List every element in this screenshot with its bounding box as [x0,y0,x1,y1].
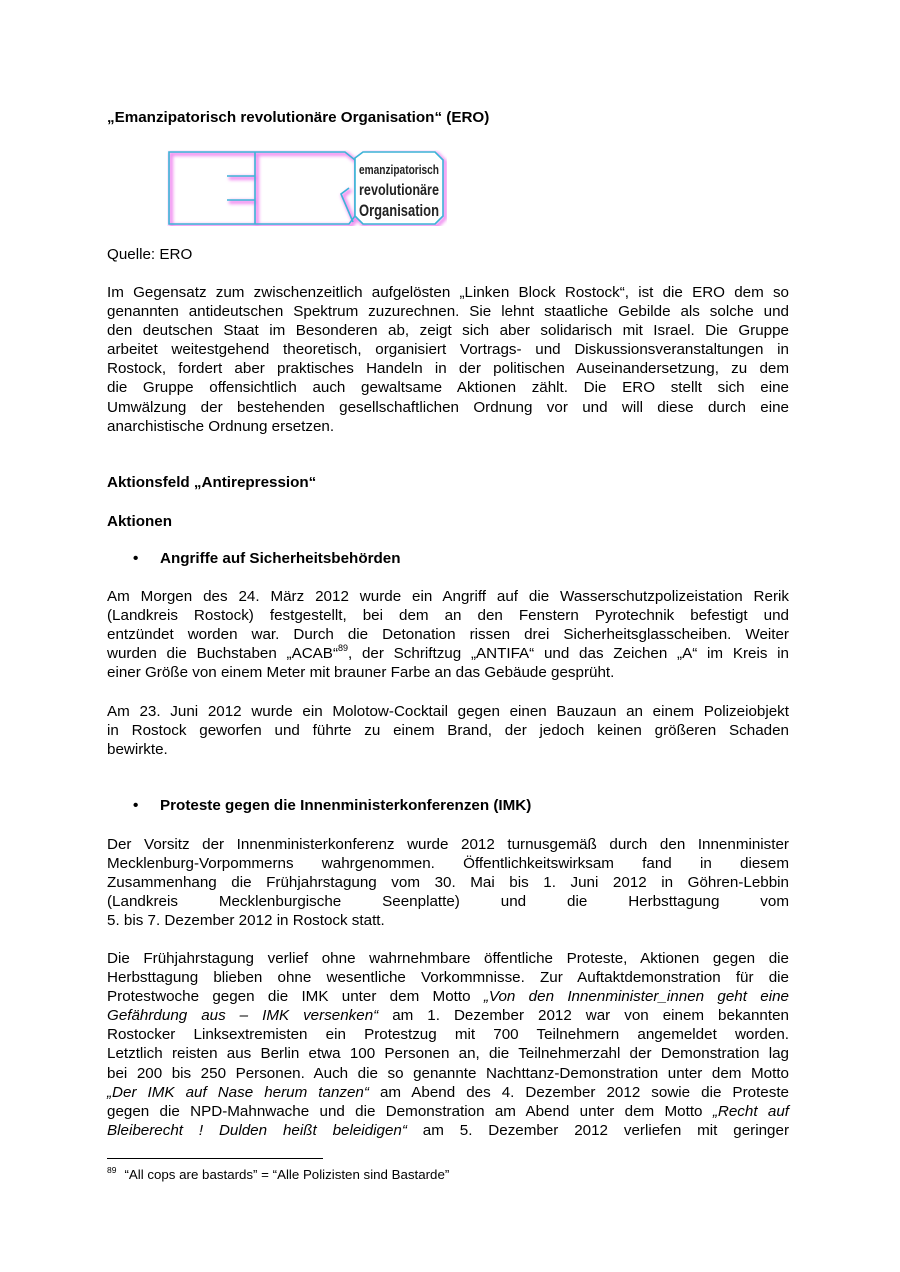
footnote-number: 89 [107,1165,116,1175]
svg-text:revolutionäre: revolutionäre [359,182,439,199]
bullet-heading-attacks: •Angriffe auf Sicherheitsbehörden [133,549,401,568]
footnote-89: 89“All cops are bastards” = “Alle Polizi… [107,1166,449,1183]
text-line: entzündet worden war. Durch die Detonati… [107,625,789,644]
section-heading-antirepression: Aktionsfeld „Antirepression“ [107,473,316,492]
ero-logo-graphic: emanzipatorisch revolutionäre Organisati… [167,150,447,226]
svg-text:emanzipatorisch: emanzipatorisch [359,162,439,177]
text-line: Mecklenburg-Vorpommerns wahrgenommen. Öf… [107,854,789,873]
footnote-separator [107,1158,323,1159]
image-source-caption: Quelle: ERO [107,245,192,264]
ero-logo: emanzipatorisch revolutionäre Organisati… [167,150,447,226]
text-line: 5. bis 7. Dezember 2012 in Rostock statt… [107,911,789,930]
text-span: am Abend des 4. Dezember 2012 sowie die … [369,1084,789,1101]
text-span: , der Schriftzug „ANTIFA“ und das Zeiche… [348,645,789,662]
bullet-heading-imk: •Proteste gegen die Innenministerkonfere… [133,796,531,815]
text-line: Letztlich reisten aus Berlin etwa 100 Pe… [107,1044,789,1063]
motto-text: „Von den Innenminister_innen geht eine [484,988,789,1005]
text-line: „Der IMK auf Nase herum tanzen“ am Abend… [107,1083,789,1102]
text-line: Am 23. Juni 2012 wurde ein Molotow-Cockt… [107,702,789,721]
motto-text: „Recht auf [713,1103,789,1120]
bullet-icon: • [133,796,160,815]
paragraph-rerik: Am Morgen des 24. März 2012 wurde ein An… [107,587,789,682]
paragraph-molotow: Am 23. Juni 2012 wurde ein Molotow-Cockt… [107,702,789,759]
text-line: in Rostock geworfen und führte zu einem … [107,721,789,740]
text-line: (Landkreis Mecklenburgische Seenplatte) … [107,892,789,911]
text-line: Der Vorsitz der Innenministerkonferenz w… [107,835,789,854]
text-line: (Landkreis Rostock) festgestellt, bei de… [107,606,789,625]
text-line: arbeitet weitestgehend theoretisch, orga… [107,340,789,359]
text-span: am 1. Dezember 2012 war von einem bekann… [378,1007,789,1024]
bullet-label: Proteste gegen die Innenministerkonferen… [160,797,531,814]
motto-text: Bleiberecht ! Dulden heißt beleidigen“ [107,1122,407,1139]
text-line: Die Frühjahrstagung verlief ohne wahrneh… [107,949,789,968]
motto-text: „Der IMK auf Nase herum tanzen“ [107,1084,369,1101]
text-line: wurden die Buchstaben „ACAB“89, der Schr… [107,644,789,663]
paragraph-imk: Der Vorsitz der Innenministerkonferenz w… [107,835,789,930]
text-line: genannten antideutschen Spektrum zuzurec… [107,302,789,321]
bullet-label: Angriffe auf Sicherheitsbehörden [160,550,401,567]
text-line: Im Gegensatz zum zwischenzeitlich aufgel… [107,283,789,302]
text-line: einer Größe von einem Meter mit brauner … [107,663,789,682]
text-line: bei 200 bis 250 Personen. Auch die so ge… [107,1064,789,1083]
intro-paragraph: Im Gegensatz zum zwischenzeitlich aufgel… [107,283,789,436]
bullet-icon: • [133,549,160,568]
text-line: Rostock, fordert aber praktisches Handel… [107,359,789,378]
text-line: Protestwoche gegen die IMK unter dem Mot… [107,987,789,1006]
text-line: Rostocker Linksextremisten ein Protestzu… [107,1025,789,1044]
text-span: wurden die Buchstaben „ACAB“ [107,645,338,662]
text-line: Zusammenhang die Frühjahrstagung vom 30.… [107,873,789,892]
footnote-text: “All cops are bastards” = “Alle Polizist… [124,1167,449,1182]
text-span: am 5. Dezember 2012 verliefen mit gering… [407,1122,789,1139]
paragraph-protests: Die Frühjahrstagung verlief ohne wahrneh… [107,949,789,1140]
subheading-actions: Aktionen [107,512,172,531]
text-line: Am Morgen des 24. März 2012 wurde ein An… [107,587,789,606]
text-line: Umwälzung der bestehenden gesellschaftli… [107,398,789,417]
text-line: Herbsttagung blieben ohne wesentliche Vo… [107,968,789,987]
text-span: Protestwoche gegen die IMK unter dem Mot… [107,988,484,1005]
text-span: gegen die NPD-Mahnwache und die Demonstr… [107,1103,713,1120]
text-line: anarchistische Ordnung ersetzen. [107,417,789,436]
motto-text: Gefährdung aus – IMK versenken“ [107,1007,378,1024]
svg-text:Organisation: Organisation [359,201,439,220]
section-heading-ero: „Emanzipatorisch revolutionäre Organisat… [107,108,489,127]
text-line: den deutschen Staat im Besonderen ab, ze… [107,321,789,340]
text-line: gegen die NPD-Mahnwache und die Demonstr… [107,1102,789,1121]
text-line: Gefährdung aus – IMK versenken“ am 1. De… [107,1006,789,1025]
footnote-reference[interactable]: 89 [338,643,348,653]
text-line: bewirkte. [107,740,789,759]
text-line: Bleiberecht ! Dulden heißt beleidigen“ a… [107,1121,789,1140]
text-line: die Gruppe offensichtlich auch gewaltsam… [107,378,789,397]
